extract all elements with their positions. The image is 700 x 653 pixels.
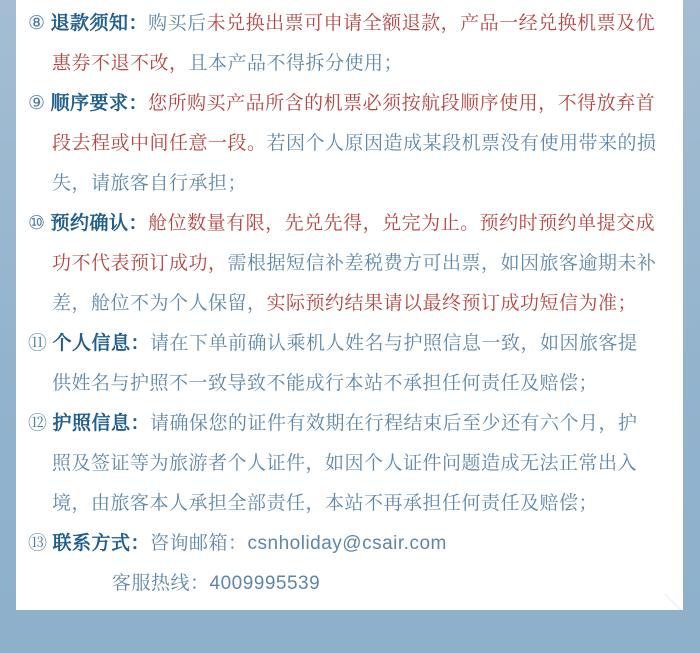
item-text-segment: 购买后 bbox=[148, 13, 207, 34]
item-label-refund: 退款须知： bbox=[51, 13, 149, 34]
contact-hotline-text: 客服热线：4009995539 bbox=[112, 564, 657, 604]
circled-number-11-icon: ⑪ bbox=[28, 333, 48, 354]
item-text-segment: 且本产品不得拆分使用； bbox=[189, 53, 404, 74]
circled-number-13-icon: ⑬ bbox=[28, 533, 48, 554]
notice-item-contact: ⑬联系方式：咨询邮箱：csnholiday@csair.com bbox=[52, 524, 657, 564]
contact-email-text: 咨询邮箱：csnholiday@csair.com bbox=[150, 533, 447, 554]
notice-item-passport: ⑫护照信息：请确保您的证件有效期在行程结束后至少还有六个月，护照及签证等为旅游者… bbox=[52, 404, 657, 524]
notice-item-personal-info: ⑪个人信息：请在下单前确认乘机人姓名与护照信息一致，如因旅客提供姓名与护照不一致… bbox=[52, 324, 657, 404]
item-label-order: 顺序要求： bbox=[51, 93, 149, 114]
item-label-contact: 联系方式： bbox=[53, 533, 151, 554]
notice-sheet: ⑧退款须知：购买后未兑换出票可申请全额退款，产品一经兑换机票及优惠券不退不改，且… bbox=[16, 0, 683, 610]
notice-item-order: ⑨顺序要求：您所购买产品所含的机票必须按航段顺序使用，不得放弃首段去程或中间任意… bbox=[52, 84, 657, 204]
item-label-personal-info: 个人信息： bbox=[53, 333, 151, 354]
circled-number-8-icon: ⑧ bbox=[28, 13, 46, 34]
item-label-passport: 护照信息： bbox=[53, 413, 151, 434]
page-curl-line bbox=[663, 594, 683, 610]
notice-item-contact-hotline: 客服热线：4009995539 bbox=[52, 564, 657, 604]
circled-number-10-icon: ⑩ bbox=[28, 213, 46, 234]
item-label-booking: 预约确认： bbox=[51, 213, 149, 234]
circled-number-12-icon: ⑫ bbox=[28, 413, 48, 434]
item-text-segment-emphasis: 实际预约结果请以最终预订成功短信为准； bbox=[267, 293, 638, 314]
notice-item-booking: ⑩预约确认：舱位数量有限，先兑先得，兑完为止。预约时预约单提交成功不代表预订成功… bbox=[52, 204, 657, 324]
notice-item-refund: ⑧退款须知：购买后未兑换出票可申请全额退款，产品一经兑换机票及优惠券不退不改，且… bbox=[52, 4, 657, 84]
circled-number-9-icon: ⑨ bbox=[28, 93, 46, 114]
